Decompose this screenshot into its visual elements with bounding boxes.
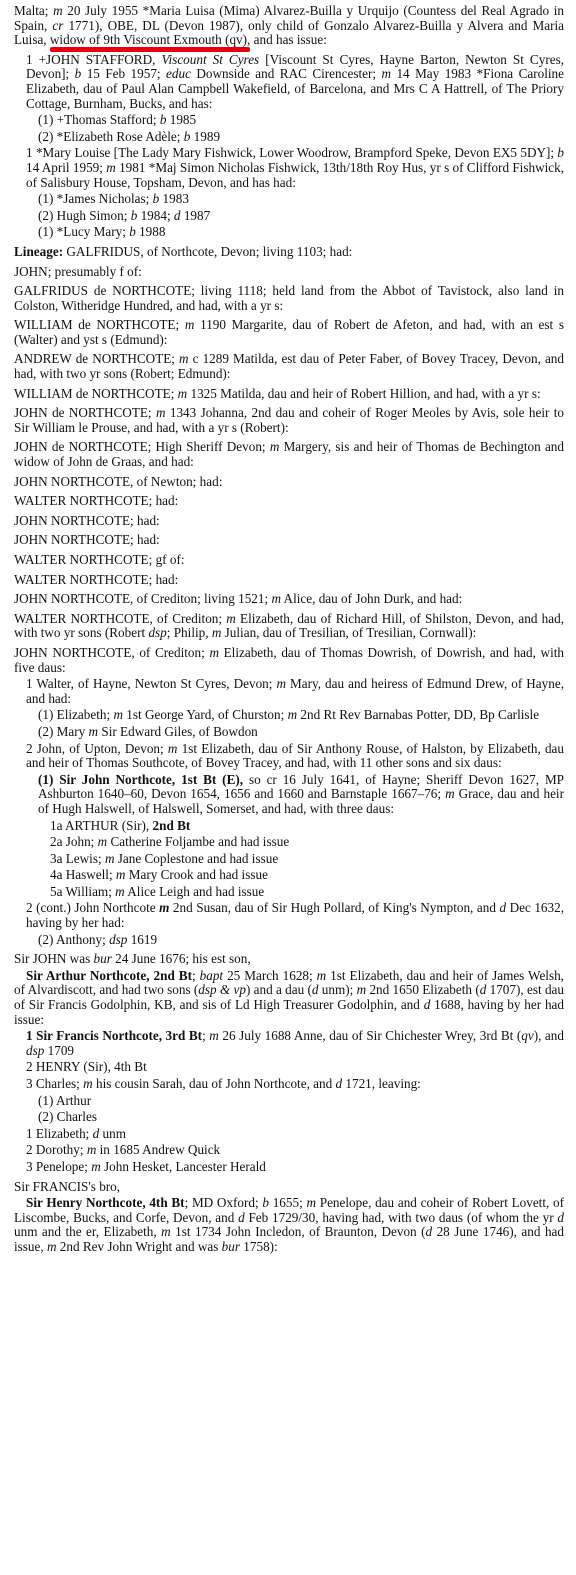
abbr-married: m	[209, 1028, 219, 1043]
abbr-married: m	[270, 439, 280, 454]
abbr-dsp-vp: dsp & vp	[198, 982, 246, 997]
entry-text: Sir Edward Giles, of Bowdon	[98, 724, 258, 739]
baronet-name: Sir Henry Northcote, 4th Bt	[26, 1195, 185, 1210]
entry-text: Mary Crook and had issue	[125, 867, 267, 882]
abbr-died: d	[238, 1210, 245, 1225]
lineage-text: WILLIAM de NORTHCOTE;	[14, 386, 178, 401]
entry-text: ) and a dau (	[246, 982, 312, 997]
sir-francis-3rd-bt: 1 Sir Francis Northcote, 3rd Bt; m 26 Ju…	[14, 1029, 564, 1058]
abbr-married: m	[98, 834, 108, 849]
dau-entry: 2 Dorothy; m in 1685 Andrew Quick	[14, 1143, 564, 1158]
abbr-educated: educ	[166, 66, 191, 81]
abbr-married: m	[445, 786, 455, 801]
entry-text: ;	[192, 968, 200, 983]
abbr-qv: qv	[521, 1028, 533, 1043]
child-name: (1) +Thomas Stafford;	[38, 112, 160, 127]
baronet-name: Sir Arthur Northcote, 2nd Bt	[26, 968, 192, 983]
lineage-entry: WALTER NORTHCOTE; had:	[14, 573, 564, 588]
grandson-entry: 3a Lewis; m Jane Coplestone and had issu…	[14, 852, 564, 867]
issue-lead: 1 +JOHN STAFFORD,	[26, 52, 161, 67]
child-entry: (2) Charles	[14, 1110, 564, 1125]
entry-text: 1721, leaving:	[342, 1076, 421, 1091]
dau-entry: 3 Penelope; m John Hesket, Lancester Her…	[14, 1160, 564, 1175]
lineage-entry: WILLIAM de NORTHCOTE; m 1190 Margarite, …	[14, 318, 564, 347]
abbr-dsp: dsp	[148, 625, 166, 640]
henry-4th-bt: 2 HENRY (Sir), 4th Bt	[14, 1060, 564, 1075]
abbr-married: m	[209, 645, 219, 660]
entry-text: 3a Lewis;	[50, 851, 105, 866]
abbr-married: m	[47, 1239, 57, 1254]
entry-text: (2) Anthony;	[38, 932, 109, 947]
sir-henry-4th-bt: Sir Henry Northcote, 4th Bt; MD Oxford; …	[14, 1196, 564, 1254]
baronet-name: 1 Sir Francis Northcote, 3rd Bt	[26, 1028, 202, 1043]
john-cont-entry: 2 (cont.) John Northcote m 2nd Susan, da…	[14, 901, 564, 930]
abbr-baptised: bapt	[200, 968, 223, 983]
lineage-text: GALFRIDUS, of Northcote, Devon; living 1…	[63, 244, 352, 259]
child-year: 1989	[190, 129, 220, 144]
sir-john-1st-bt: (1) Sir John Northcote, 1st Bt (E), so c…	[14, 773, 564, 817]
son-walter-of-hayne: 1 Walter, of Hayne, Newton St Cyres, Dev…	[14, 677, 564, 706]
entry-text: Catherine Foljambe and had issue	[107, 834, 289, 849]
entry-text: 25 March 1628;	[223, 968, 317, 983]
entry-text: 2nd 1650 Elizabeth (	[366, 982, 480, 997]
lineage-text: JOHN de NORTHCOTE;	[14, 405, 156, 420]
abbr-married: m	[317, 968, 327, 983]
entry-text: his cousin Sarah, dau of John Northcote,…	[93, 1076, 336, 1091]
abbr-married: m	[168, 741, 178, 756]
entry-text: ), and	[534, 1028, 564, 1043]
abbr-married: m	[115, 884, 125, 899]
son-charles: 3 Charles; m his cousin Sarah, dau of Jo…	[14, 1077, 564, 1092]
child-name: (2) *Elizabeth Rose Adèle;	[38, 129, 184, 144]
lineage-heading: Lineage: GALFRIDUS, of Northcote, Devon;…	[14, 245, 564, 260]
entry-text: 1 Walter, of Hayne, Newton St Cyres, Dev…	[26, 676, 276, 691]
red-underline-annotation: widow of 9th Viscount Exmouth (qv)	[50, 32, 247, 47]
lineage-entry: JOHN; presumably f of:	[14, 265, 564, 280]
entry-text: 4a Haswell;	[50, 867, 116, 882]
entry-text: 2a John;	[50, 834, 98, 849]
issue-john-stafford: 1 +JOHN STAFFORD, Viscount St Cyres [Vis…	[14, 53, 564, 111]
child-year: 1984;	[137, 208, 174, 223]
lineage-entry: WALTER NORTHCOTE; gf of:	[14, 553, 564, 568]
abbr-married: m	[381, 66, 391, 81]
lineage-entry: WILLIAM de NORTHCOTE; m 1325 Matilda, da…	[14, 387, 564, 402]
lineage-text: WILLIAM de NORTHCOTE;	[14, 317, 185, 332]
lineage-text: JOHN NORTHCOTE, of Crediton;	[14, 645, 209, 660]
abbr-died: d	[557, 1210, 564, 1225]
entry-text: 3 Penelope;	[26, 1159, 91, 1174]
issue-text: Downside and RAC Cirencester;	[191, 66, 382, 81]
issue-text: 15 Feb 1957;	[81, 66, 166, 81]
entry-text: 1758):	[240, 1239, 278, 1254]
peerage-entry-page: Malta; m 20 July 1955 *Maria Luisa (Mima…	[14, 4, 564, 1255]
entry-text: 1st 1734 John Incledon, of Braunton, Dev…	[171, 1224, 426, 1239]
abbr-married: m	[91, 1159, 101, 1174]
child-year: 1988	[136, 224, 166, 239]
abbr-born: b	[557, 145, 564, 160]
lineage-entry: JOHN NORTHCOTE, of Crediton; living 1521…	[14, 592, 564, 607]
issue-mary-louise: 1 *Mary Louise [The Lady Mary Fishwick, …	[14, 146, 564, 190]
baronet-name: (1) Sir John Northcote, 1st Bt (E),	[38, 772, 243, 787]
sir-john-burial: Sir JOHN was bur 24 June 1676; his est s…	[14, 952, 564, 967]
child-entry: (2) Anthony; dsp 1619	[14, 933, 564, 948]
lineage-entry: JOHN NORTHCOTE, of Newton; had:	[14, 475, 564, 490]
entry-text: 5a William;	[50, 884, 115, 899]
grandson-entry: 2a John; m Catherine Foljambe and had is…	[14, 835, 564, 850]
entry-text: (1) Elizabeth;	[38, 707, 113, 722]
dau-entry: 1 Elizabeth; d unm	[14, 1127, 564, 1142]
abbr-born: b	[129, 224, 136, 239]
abbr-married: m	[179, 351, 189, 366]
entry-text: unm	[99, 1126, 126, 1141]
entry-text: 1619	[127, 932, 157, 947]
lineage-text: ANDREW de NORTHCOTE;	[14, 351, 179, 366]
grandson-entry: 4a Haswell; m Mary Crook and had issue	[14, 868, 564, 883]
abbr-married: m	[212, 625, 222, 640]
sir-arthur-2nd-bt: Sir Arthur Northcote, 2nd Bt; bapt 25 Ma…	[14, 969, 564, 1027]
child-year: 1985	[166, 112, 196, 127]
lineage-entry: WALTER NORTHCOTE; had:	[14, 494, 564, 509]
abbr-married: m	[113, 707, 123, 722]
abbr-married: m	[178, 386, 188, 401]
lineage-entry: JOHN NORTHCOTE, of Crediton; m Elizabeth…	[14, 646, 564, 675]
lineage-entry: GALFRIDUS de NORTHCOTE; living 1118; hel…	[14, 284, 564, 313]
issue-lead: 1 *Mary Louise [The Lady Mary Fishwick, …	[26, 145, 557, 160]
child-entry: (2) Mary m Sir Edward Giles, of Bowdon	[14, 725, 564, 740]
lineage-entry: WALTER NORTHCOTE, of Crediton; m Elizabe…	[14, 612, 564, 641]
abbr-married: m	[83, 1076, 93, 1091]
entry-text: 1709	[44, 1043, 74, 1058]
entry-text: unm);	[318, 982, 356, 997]
abbr-married: m	[87, 1142, 97, 1157]
abbr-dsp: dsp	[26, 1043, 44, 1058]
abbr-buried: bur	[222, 1239, 240, 1254]
abbr-married: m	[53, 3, 63, 18]
entry-text: (2) Mary	[38, 724, 89, 739]
lineage-text: Julian, dau of Tresilian, of Tresilian, …	[221, 625, 476, 640]
entry-text: Jane Coplestone and had issue	[114, 851, 278, 866]
abbr-created: cr	[52, 18, 63, 33]
entry-text: in 1685 Andrew Quick	[96, 1142, 220, 1157]
lineage-text: JOHN de NORTHCOTE; High Sheriff Devon;	[14, 439, 270, 454]
entry-text: 2 (cont.) John Northcote	[26, 900, 159, 915]
abbr-buried: bur	[94, 951, 112, 966]
abbr-married: m	[357, 982, 367, 997]
francis-bro: Sir FRANCIS's bro,	[14, 1180, 564, 1195]
entry-text: 26 July 1688 Anne, dau of Sir Chichester…	[219, 1028, 521, 1043]
grandson-entry: 5a William; m Alice Leigh and had issue	[14, 885, 564, 900]
lineage-entry: JOHN de NORTHCOTE; m 1343 Johanna, 2nd d…	[14, 406, 564, 435]
child-year: 1983	[159, 191, 189, 206]
grandson-entry: 1a ARTHUR (Sir), 2nd Bt	[14, 819, 564, 834]
lineage-entry: JOHN NORTHCOTE; had:	[14, 514, 564, 529]
abbr-married: m	[276, 676, 286, 691]
entry-text: John Hesket, Lancester Herald	[101, 1159, 266, 1174]
abbr-died: d	[174, 208, 181, 223]
intro-text: Malta;	[14, 3, 53, 18]
child-entry: (1) +Thomas Stafford; b 1985	[14, 113, 564, 128]
child-entry: (1) *Lucy Mary; b 1988	[14, 225, 564, 240]
entry-text: Alice Leigh and had issue	[125, 884, 265, 899]
entry-text: 1a ARTHUR (Sir),	[50, 818, 153, 833]
lineage-label: Lineage:	[14, 244, 63, 259]
abbr-married: m	[156, 405, 166, 420]
abbr-married: m	[161, 1224, 171, 1239]
child-entry: (1) Arthur	[14, 1094, 564, 1109]
child-entry: (2) Hugh Simon; b 1984; d 1987	[14, 209, 564, 224]
intro-paragraph: Malta; m 20 July 1955 *Maria Luisa (Mima…	[14, 4, 564, 48]
intro-text: , and has issue:	[247, 32, 327, 47]
abbr-married: m	[185, 317, 195, 332]
lineage-text: JOHN NORTHCOTE, of Crediton; living 1521…	[14, 591, 271, 606]
abbr-married: m	[306, 1195, 316, 1210]
abbr-married: m	[89, 724, 99, 739]
courtesy-title: Viscount St Cyres	[161, 52, 259, 67]
entry-text: 1st George Yard, of Churston;	[123, 707, 288, 722]
lineage-entry: JOHN de NORTHCOTE; High Sheriff Devon; m…	[14, 440, 564, 469]
lineage-text: Alice, dau of John Durk, and had:	[281, 591, 462, 606]
entry-text: 1655;	[269, 1195, 306, 1210]
lineage-text: 1325 Matilda, dau and heir of Robert Hil…	[187, 386, 540, 401]
entry-text: 3 Charles;	[26, 1076, 83, 1091]
abbr-married: m	[271, 591, 281, 606]
child-entry: (1) *James Nicholas; b 1983	[14, 192, 564, 207]
lineage-entry: JOHN NORTHCOTE; had:	[14, 533, 564, 548]
son-john-of-upton: 2 John, of Upton, Devon; m 1st Elizabeth…	[14, 742, 564, 771]
child-name: (1) *Lucy Mary;	[38, 224, 129, 239]
entry-text: 24 June 1676; his est son,	[112, 951, 251, 966]
child-entry: (2) *Elizabeth Rose Adèle; b 1989	[14, 130, 564, 145]
abbr-married: m	[106, 160, 116, 175]
child-name: (1) *James Nicholas;	[38, 191, 153, 206]
entry-text: 2 Dorothy;	[26, 1142, 87, 1157]
baronet-title: 2nd Bt	[153, 818, 191, 833]
entry-text: 2nd Susan, dau of Sir Hugh Pollard, of K…	[169, 900, 499, 915]
lineage-entry: ANDREW de NORTHCOTE; m c 1289 Matilda, e…	[14, 352, 564, 381]
lineage-text: ; Philip,	[167, 625, 212, 640]
child-year: 1987	[181, 208, 211, 223]
entry-text: Feb 1729/30, having had, with two daus (…	[245, 1210, 558, 1225]
abbr-married: m	[288, 707, 298, 722]
entry-text: ; MD Oxford;	[185, 1195, 263, 1210]
child-name: (2) Hugh Simon;	[38, 208, 131, 223]
abbr-born: b	[262, 1195, 269, 1210]
entry-text: 2nd Rt Rev Barnabas Potter, DD, Bp Carli…	[297, 707, 539, 722]
entry-text: 2 John, of Upton, Devon;	[26, 741, 168, 756]
abbr-married: m	[226, 611, 236, 626]
entry-text: 1 Elizabeth;	[26, 1126, 93, 1141]
child-entry: (1) Elizabeth; m 1st George Yard, of Chu…	[14, 708, 564, 723]
lineage-text: WALTER NORTHCOTE, of Crediton;	[14, 611, 226, 626]
entry-text: Sir JOHN was	[14, 951, 94, 966]
entry-text: unm and the er, Elizabeth,	[14, 1224, 161, 1239]
issue-text: 14 April 1959;	[26, 160, 106, 175]
abbr-married: m	[159, 900, 169, 915]
entry-text: 2nd Rev John Wright and was	[57, 1239, 222, 1254]
abbr-dsp: dsp	[109, 932, 127, 947]
